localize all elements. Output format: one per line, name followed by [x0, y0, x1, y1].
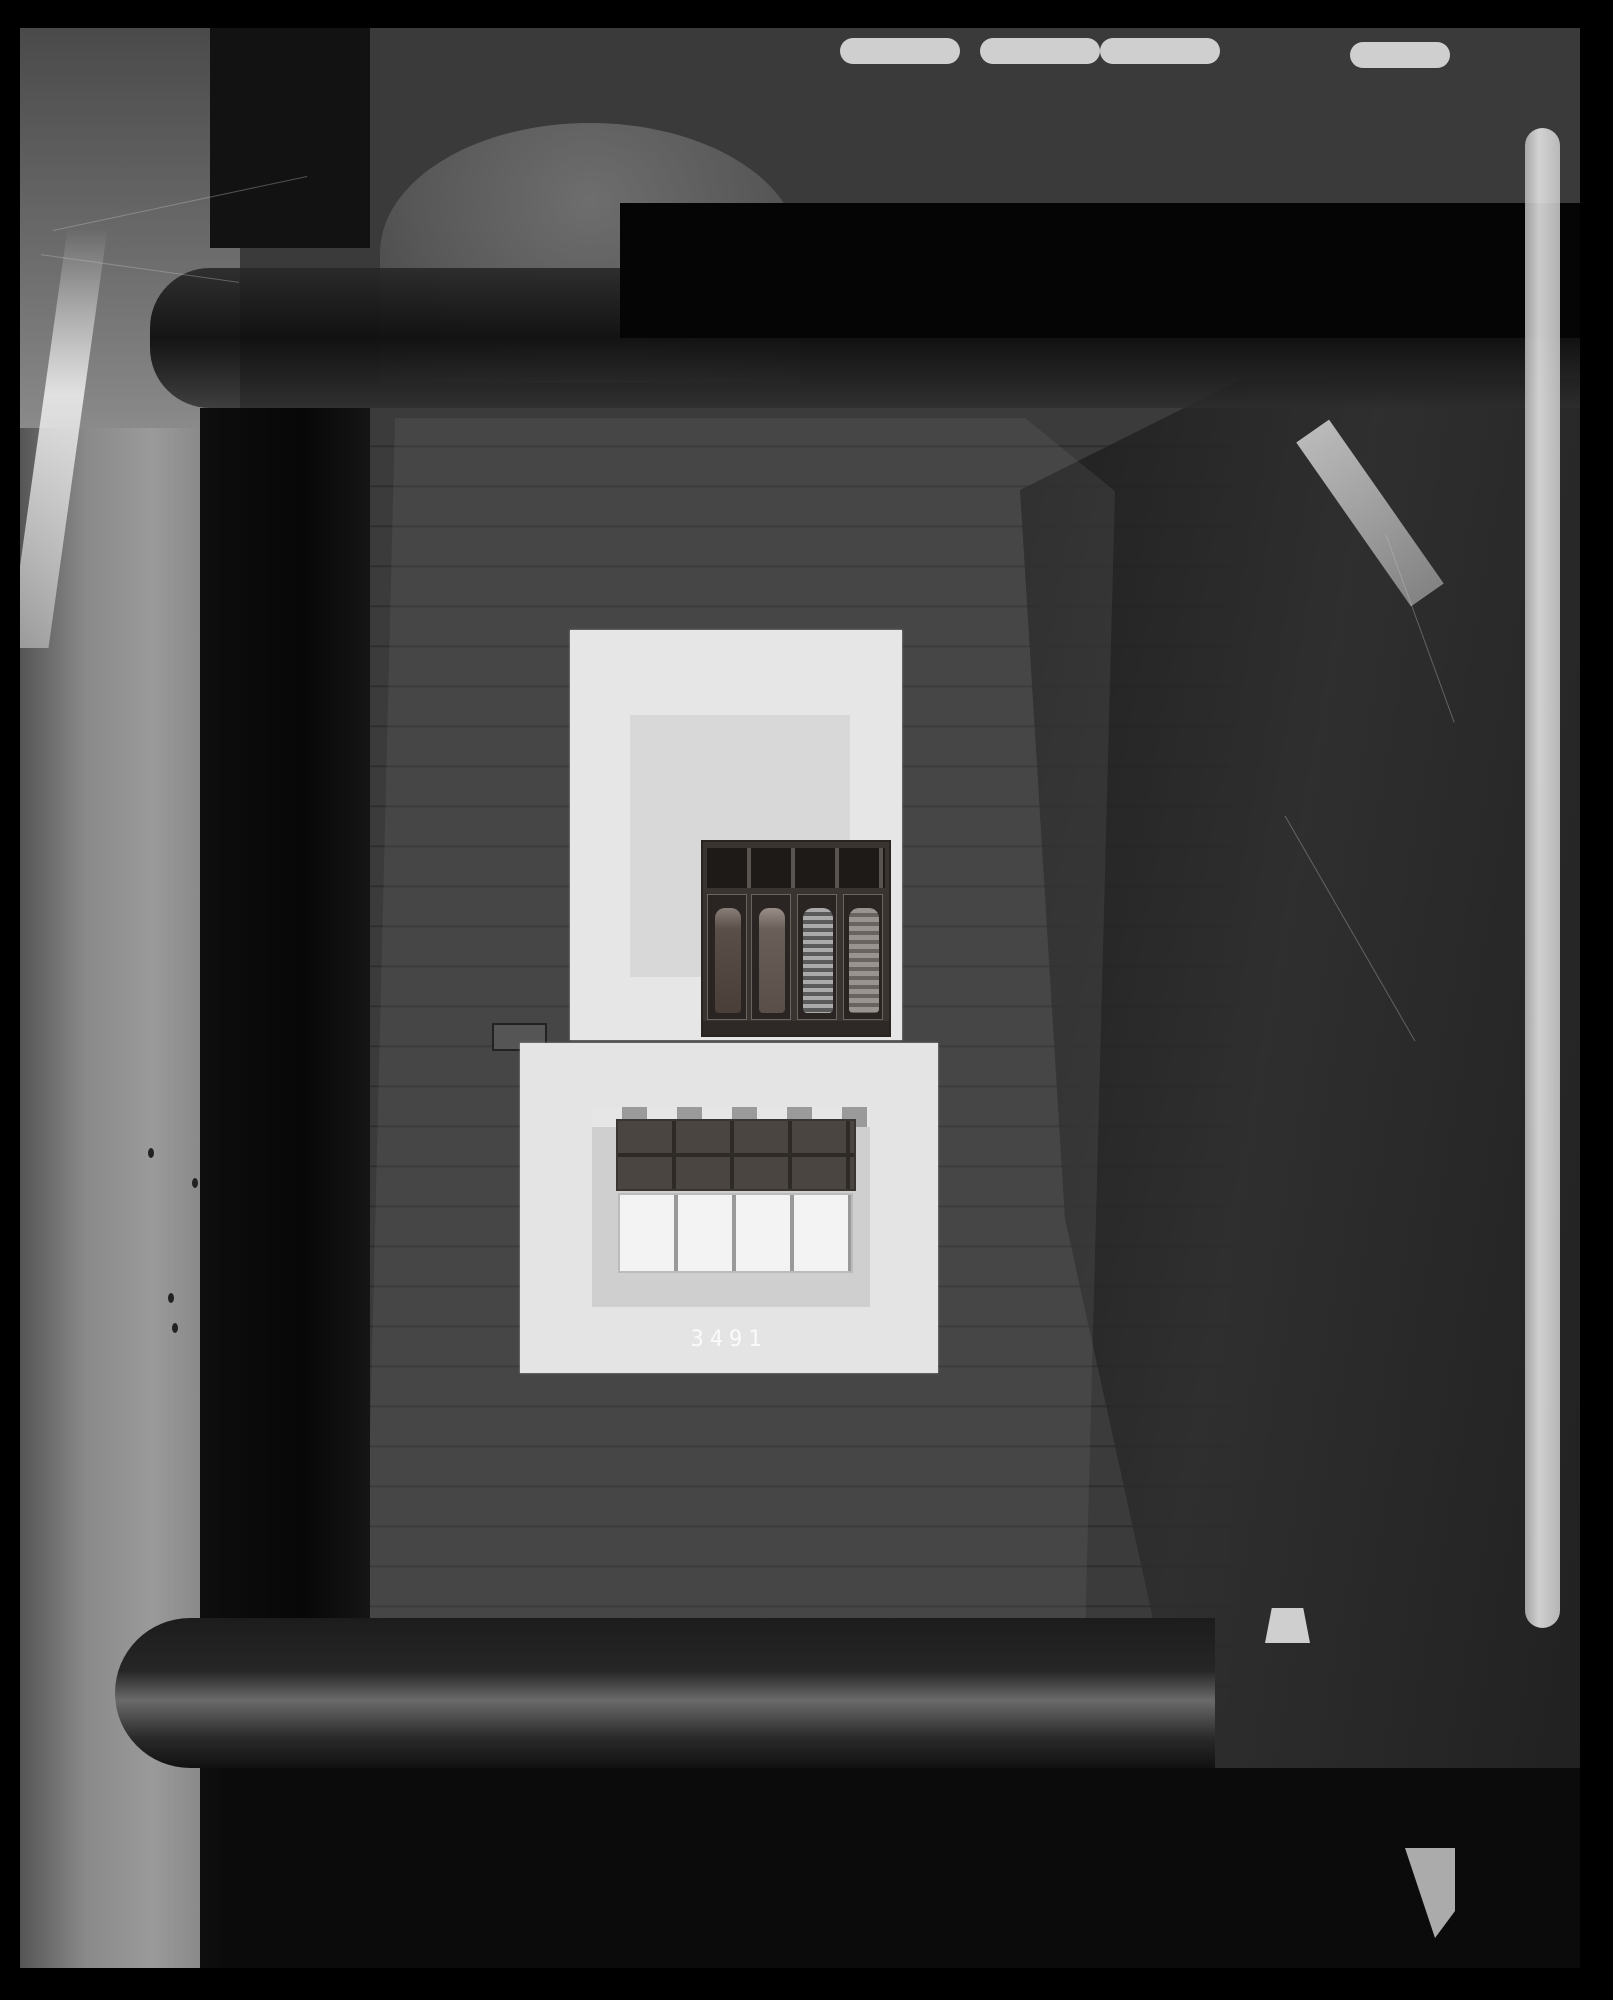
armoured-figure	[803, 908, 833, 1013]
case-panel	[707, 894, 747, 1020]
plate-number: 3491	[520, 1327, 938, 1352]
bottom-horizontal-beam	[115, 1618, 1215, 1768]
case-transom	[707, 848, 885, 888]
spot	[148, 1148, 154, 1158]
panelled-cabinet	[616, 1119, 856, 1191]
spot	[172, 1323, 178, 1333]
robed-figure	[759, 908, 785, 1013]
glass-base	[618, 1193, 853, 1273]
case-panel	[843, 894, 883, 1020]
armoured-figure	[849, 908, 879, 1013]
top-light-patch	[1100, 38, 1220, 64]
spot	[192, 1178, 198, 1188]
case-panel	[797, 894, 837, 1020]
top-light-patch	[840, 38, 960, 64]
small-light-patch	[1265, 1608, 1310, 1643]
mounted-photo-cabinet: 3491	[520, 1043, 938, 1373]
right-bright-edge	[1525, 128, 1560, 1628]
spot	[168, 1293, 174, 1303]
photo-display-case	[630, 715, 850, 977]
photo-cabinet	[592, 1107, 870, 1307]
upper-dark-block	[210, 28, 370, 248]
top-light-patch	[980, 38, 1100, 64]
case-panel	[751, 894, 791, 1020]
top-dark-bar	[620, 203, 1580, 338]
bottom-dark-area	[220, 1768, 1580, 1968]
robed-figure	[715, 908, 741, 1013]
case-base	[703, 1021, 889, 1035]
top-light-patch	[1350, 42, 1450, 68]
mounted-photo-figures	[570, 630, 902, 1040]
display-case	[701, 840, 891, 1037]
